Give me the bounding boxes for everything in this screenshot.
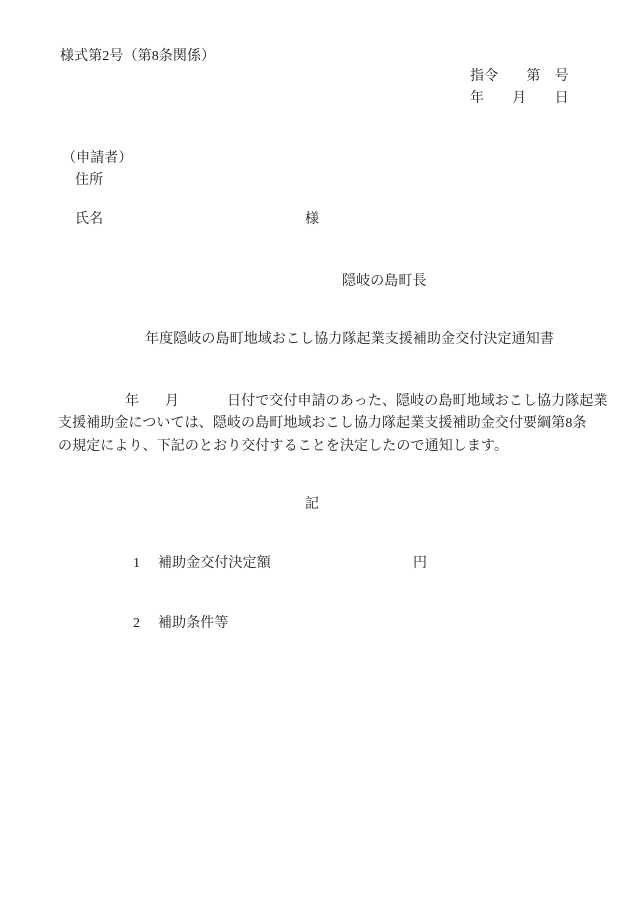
document-page: 様式第2号（第8条関係） 指令 第 号 年 月 日 （申請者） 住所 氏名 様 … [0, 0, 630, 903]
mayor-signature: 隠岐の島町長 [342, 273, 427, 290]
honorific-label: 様 [305, 211, 319, 228]
form-number-label: 様式第2号（第8条関係） [60, 48, 215, 65]
body-line-3: の規定により、下記のとおり交付することを決定したので通知します。 [58, 438, 508, 455]
body-year-label: 年 [125, 393, 139, 410]
address-label: 住所 [75, 172, 103, 189]
item-1-label: 補助金交付決定額 [158, 555, 271, 572]
item-1-unit-label: 円 [413, 555, 427, 572]
body-line-2: 支援補助金については、隠岐の島町地域おこし協力隊起業支援補助金交付要綱第8条 [58, 415, 587, 432]
document-title: 年度隠岐の島町地域おこし協力隊起業支援補助金交付決定通知書 [145, 331, 554, 348]
body-month-label: 月 [165, 393, 179, 410]
directive-number-line: 指令 第 号 [470, 68, 569, 85]
name-label: 氏名 [75, 211, 103, 228]
record-marker: 記 [305, 496, 319, 513]
applicant-section-label: （申請者） [62, 150, 133, 167]
item-2-number: 2 [133, 615, 140, 632]
item-1-number: 1 [133, 555, 140, 572]
item-2-label: 補助条件等 [158, 615, 229, 632]
body-line-1: 日付で交付申請のあった、隠岐の島町地域おこし協力隊起業 [227, 393, 608, 410]
issue-date-line: 年 月 日 [470, 90, 569, 107]
